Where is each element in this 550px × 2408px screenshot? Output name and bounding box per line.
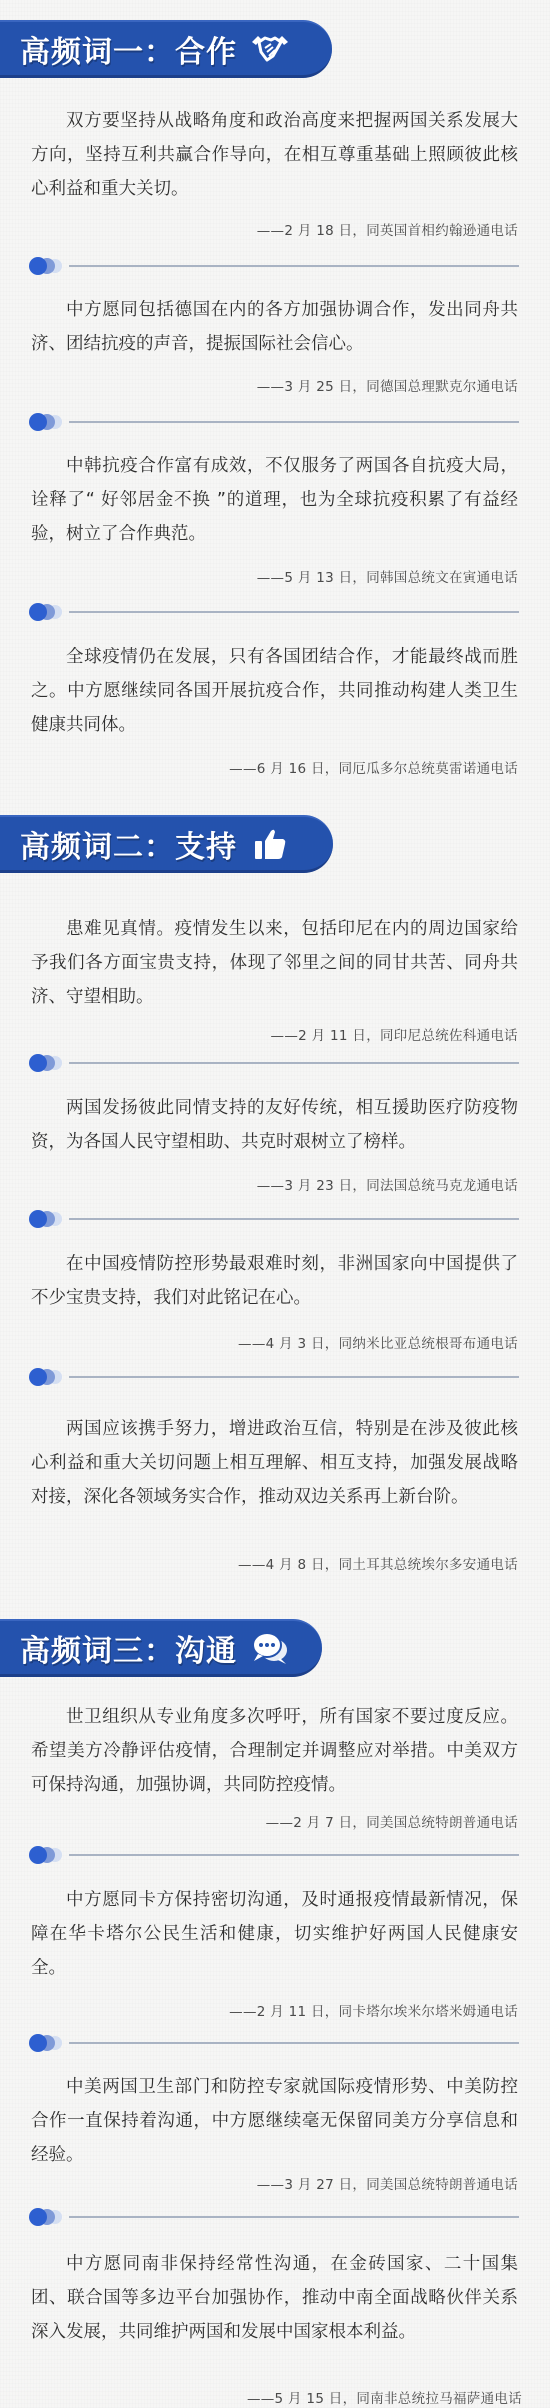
quote-text: 中美两国卫生部门和防控专家就国际疫情形势、中美防控合作一直保持着沟通，中方愿继续… [31,2070,518,2172]
quote-attribution: ——5 月 13 日，同韩国总统文在寅通电话 [257,566,518,586]
quote-block: 患难见真情。疫情发生以来，包括印尼在内的周边国家给予我们各方面宝贵支持，体现了邻… [31,912,518,1014]
section-title: 高频词二：支持 [20,822,237,866]
divider [29,602,519,622]
quote-block: 中韩抗疫合作富有成效，不仅服务了两国各自抗疫大局，诠释了“ 好邻居金不换 ”的道… [31,449,518,551]
quote-attribution: ——3 月 27 日，同美国总统特朗普通电话 [257,2173,518,2193]
divider-dot-icon [29,2034,47,2052]
divider-dot-icon [29,413,47,431]
quote-text: 全球疫情仍在发展，只有各国团结合作，才能最终战而胜之。中方愿继续同各国开展抗疫合… [31,640,518,742]
section-banner-cooperation: 高频词一：合作 [0,20,332,78]
quote-attribution: ——3 月 25 日，同德国总理默克尔通电话 [257,375,518,395]
quote-attribution: ——4 月 3 日，同纳米比亚总统根哥布通电话 [238,1332,518,1352]
chat-bubbles-icon [249,1629,291,1667]
handshake-icon [249,30,291,68]
divider-line [69,1854,519,1856]
divider-line [69,265,519,267]
quote-attribution: ——5 月 15 日，同南非总统拉马福萨通电话 [247,2387,522,2407]
quote-text: 中韩抗疫合作富有成效，不仅服务了两国各自抗疫大局，诠释了“ 好邻居金不换 ”的道… [31,449,518,551]
quote-text: 中方愿同南非保持经常性沟通，在金砖国家、二十国集团、联合国等多边平台加强协作，推… [31,2247,518,2349]
quote-attribution: ——3 月 23 日，同法国总统马克龙通电话 [257,1174,518,1194]
divider-line [69,611,519,613]
quote-block: 在中国疫情防控形势最艰难时刻，非洲国家向中国提供了不少宝贵支持，我们对此铭记在心… [31,1247,518,1315]
divider [29,2207,519,2227]
quote-block: 中方愿同南非保持经常性沟通，在金砖国家、二十国集团、联合国等多边平台加强协作，推… [31,2247,518,2349]
quote-text: 在中国疫情防控形势最艰难时刻，非洲国家向中国提供了不少宝贵支持，我们对此铭记在心… [31,1247,518,1315]
divider-line [69,1376,519,1378]
quote-block: 两国发扬彼此同情支持的友好传统，相互援助医疗防疫物资，为各国人民守望相助、共克时… [31,1091,518,1159]
quote-attribution: ——4 月 8 日，同土耳其总统埃尔多安通电话 [238,1553,518,1573]
divider-dot-icon [29,1846,47,1864]
divider [29,1367,519,1387]
divider-dot-icon [29,1054,47,1072]
divider [29,256,519,276]
quote-attribution: ——2 月 7 日，同美国总统特朗普通电话 [266,1811,518,1831]
section-title: 高频词三：沟通 [20,1626,237,1670]
section-banner-support: 高频词二：支持 [0,815,333,873]
divider [29,2033,519,2053]
quote-attribution: ——2 月 11 日，同印尼总统佐科通电话 [271,1024,518,1044]
divider-line [69,421,519,423]
divider-line [69,1218,519,1220]
divider [29,1845,519,1865]
section-banner-communication: 高频词三：沟通 [0,1619,322,1677]
quote-text: 两国应该携手努力，增进政治互信，特别是在涉及彼此核心利益和重大关切问题上相互理解… [31,1412,518,1514]
quote-text: 中方愿同包括德国在内的各方加强协调合作，发出同舟共济、团结抗疫的声音，提振国际社… [31,293,518,361]
quote-block: 中方愿同包括德国在内的各方加强协调合作，发出同舟共济、团结抗疫的声音，提振国际社… [31,293,518,361]
quote-text: 患难见真情。疫情发生以来，包括印尼在内的周边国家给予我们各方面宝贵支持，体现了邻… [31,912,518,1014]
quote-text: 两国发扬彼此同情支持的友好传统，相互援助医疗防疫物资，为各国人民守望相助、共克时… [31,1091,518,1159]
quote-block: 全球疫情仍在发展，只有各国团结合作，才能最终战而胜之。中方愿继续同各国开展抗疫合… [31,640,518,742]
article-page: 高频词一：合作 双方要坚持从战略角度和政治高度来把握两国关系发展大方向，坚持互利… [0,0,550,2408]
divider [29,1053,519,1073]
divider [29,412,519,432]
quote-attribution: ——2 月 18 日，同英国首相约翰逊通电话 [257,219,518,239]
quote-block: 双方要坚持从战略角度和政治高度来把握两国关系发展大方向，坚持互利共赢合作导向，在… [31,104,518,206]
quote-block: 世卫组织从专业角度多次呼吁，所有国家不要过度反应。希望美方冷静评估疫情，合理制定… [31,1700,518,1802]
quote-text: 世卫组织从专业角度多次呼吁，所有国家不要过度反应。希望美方冷静评估疫情，合理制定… [31,1700,518,1802]
divider [29,1209,519,1229]
quote-attribution: ——6 月 16 日，同厄瓜多尔总统莫雷诺通电话 [229,757,518,777]
divider-line [69,2216,519,2218]
quote-block: 中美两国卫生部门和防控专家就国际疫情形势、中美防控合作一直保持着沟通，中方愿继续… [31,2070,518,2172]
quote-block: 两国应该携手努力，增进政治互信，特别是在涉及彼此核心利益和重大关切问题上相互理解… [31,1412,518,1514]
quote-text: 中方愿同卡方保持密切沟通，及时通报疫情最新情况，保障在华卡塔尔公民生活和健康，切… [31,1883,518,1985]
section-title: 高频词一：合作 [20,27,237,71]
quote-attribution: ——2 月 11 日，同卡塔尔埃米尔塔米姆通电话 [229,2000,518,2020]
divider-dot-icon [29,1368,47,1386]
divider-dot-icon [29,257,47,275]
quote-text: 双方要坚持从战略角度和政治高度来把握两国关系发展大方向，坚持互利共赢合作导向，在… [31,104,518,206]
divider-dot-icon [29,603,47,621]
thumbs-up-icon [249,825,291,863]
divider-dot-icon [29,1210,47,1228]
divider-dot-icon [29,2208,47,2226]
quote-block: 中方愿同卡方保持密切沟通，及时通报疫情最新情况，保障在华卡塔尔公民生活和健康，切… [31,1883,518,1985]
divider-line [69,1062,519,1064]
divider-line [69,2042,519,2044]
